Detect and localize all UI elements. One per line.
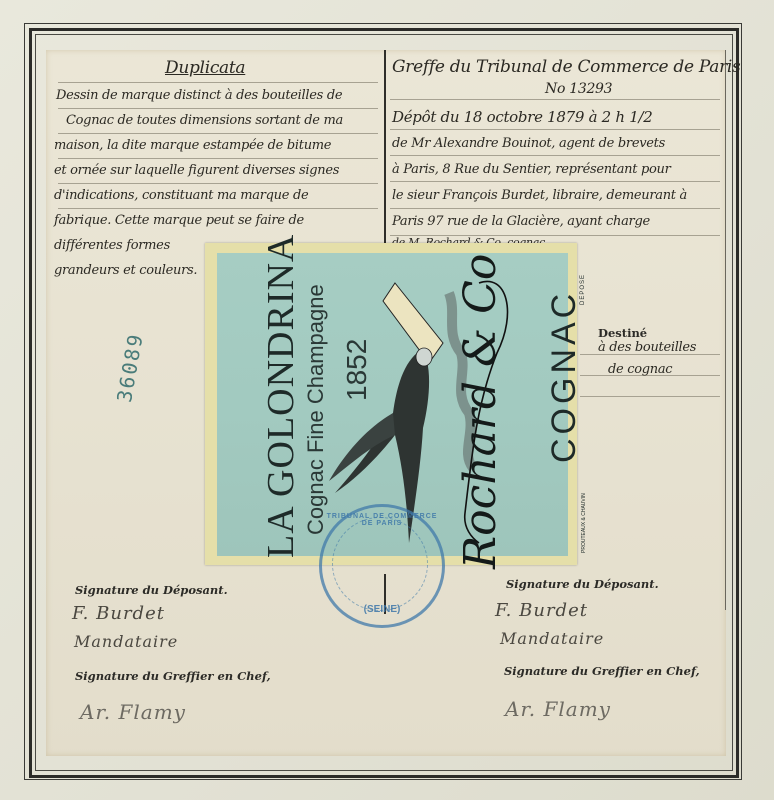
clerk-signature: Ar. Flamy	[80, 700, 186, 724]
depositor-signature: F. Burdet	[495, 600, 588, 621]
deposit-line: Dépôt du 18 octobre 1879 à 2 h 1/2	[392, 108, 652, 126]
ruled-line	[58, 158, 378, 159]
destination-label: Destiné	[598, 326, 647, 340]
court-seal: TRIBUNAL DE COMMERCE DE PARIS (SEINE)	[319, 504, 445, 628]
clerk-signature-label: Signature du Greffier en Chef,	[504, 664, 700, 678]
place-name: COGNAC	[545, 290, 584, 463]
duplicata-heading: Duplicata	[165, 58, 245, 78]
ruled-line	[580, 396, 720, 397]
description-line: fabrique. Cette marque peut se faire de	[54, 213, 304, 228]
court-registry-heading: Greffe du Tribunal de Commerce de Paris	[392, 57, 740, 77]
destination-line: de cognac	[608, 362, 672, 377]
seal-bottom-text: (SEINE)	[322, 604, 442, 615]
ruled-line	[390, 129, 720, 130]
destination-line: à des bouteilles	[598, 340, 696, 355]
depositor-signature-title: Mandataire	[74, 632, 178, 651]
ruled-line	[58, 183, 378, 184]
description-line: maison, la dite marque estampée de bitum…	[54, 138, 331, 153]
deposit-line: le sieur François Burdet, libraire, deme…	[392, 188, 687, 203]
maker-signature: Rochard & Co	[455, 254, 506, 569]
ruled-line	[390, 155, 720, 156]
brand-subtitle: Cognac Fine Champagne	[303, 284, 329, 535]
description-line: et ornée sur laquelle figurent diverses …	[54, 163, 339, 178]
description-line: grandeurs et couleurs.	[54, 263, 197, 278]
description-line: différentes formes	[54, 238, 170, 253]
depositor-signature-label: Signature du Déposant.	[506, 577, 659, 591]
depositor-signature-label: Signature du Déposant.	[75, 583, 228, 597]
ruled-line	[390, 208, 720, 209]
deposit-line: à Paris, 8 Rue du Sentier, représentant …	[392, 162, 671, 177]
brand-name: LA GOLONDRINA	[259, 234, 303, 558]
printer-credit: PROUTEAUX & CHAUVIN	[581, 493, 587, 553]
ruled-line	[58, 208, 378, 209]
ruled-line	[58, 108, 378, 109]
ruled-line	[58, 82, 378, 83]
description-line: Cognac de toutes dimensions sortant de m…	[66, 113, 343, 128]
ruled-line	[390, 99, 720, 100]
right-margin-line	[725, 50, 726, 610]
deposit-line: de Mr Alexandre Bouinot, agent de brevet…	[392, 136, 665, 151]
column-divider	[384, 50, 386, 272]
depose-mark: DEPOSE	[580, 274, 586, 305]
seal-top-text: TRIBUNAL DE COMMERCE DE PARIS	[322, 513, 442, 527]
clerk-signature: Ar. Flamy	[505, 697, 611, 721]
ruled-line	[390, 181, 720, 182]
description-line: d'indications, constituant ma marque de	[54, 188, 308, 203]
description-line: Dessin de marque distinct à des bouteill…	[56, 88, 342, 103]
depositor-signature-title: Mandataire	[500, 629, 604, 648]
filing-number: No 13293	[545, 81, 612, 97]
seal-inner-ring	[332, 517, 428, 611]
depositor-signature: F. Burdet	[72, 603, 165, 624]
vintage-year: 1852	[341, 339, 373, 401]
ruled-line	[58, 133, 378, 134]
deposit-line: Paris 97 rue de la Glacière, ayant charg…	[392, 214, 650, 229]
clerk-signature-label: Signature du Greffier en Chef,	[75, 669, 271, 683]
